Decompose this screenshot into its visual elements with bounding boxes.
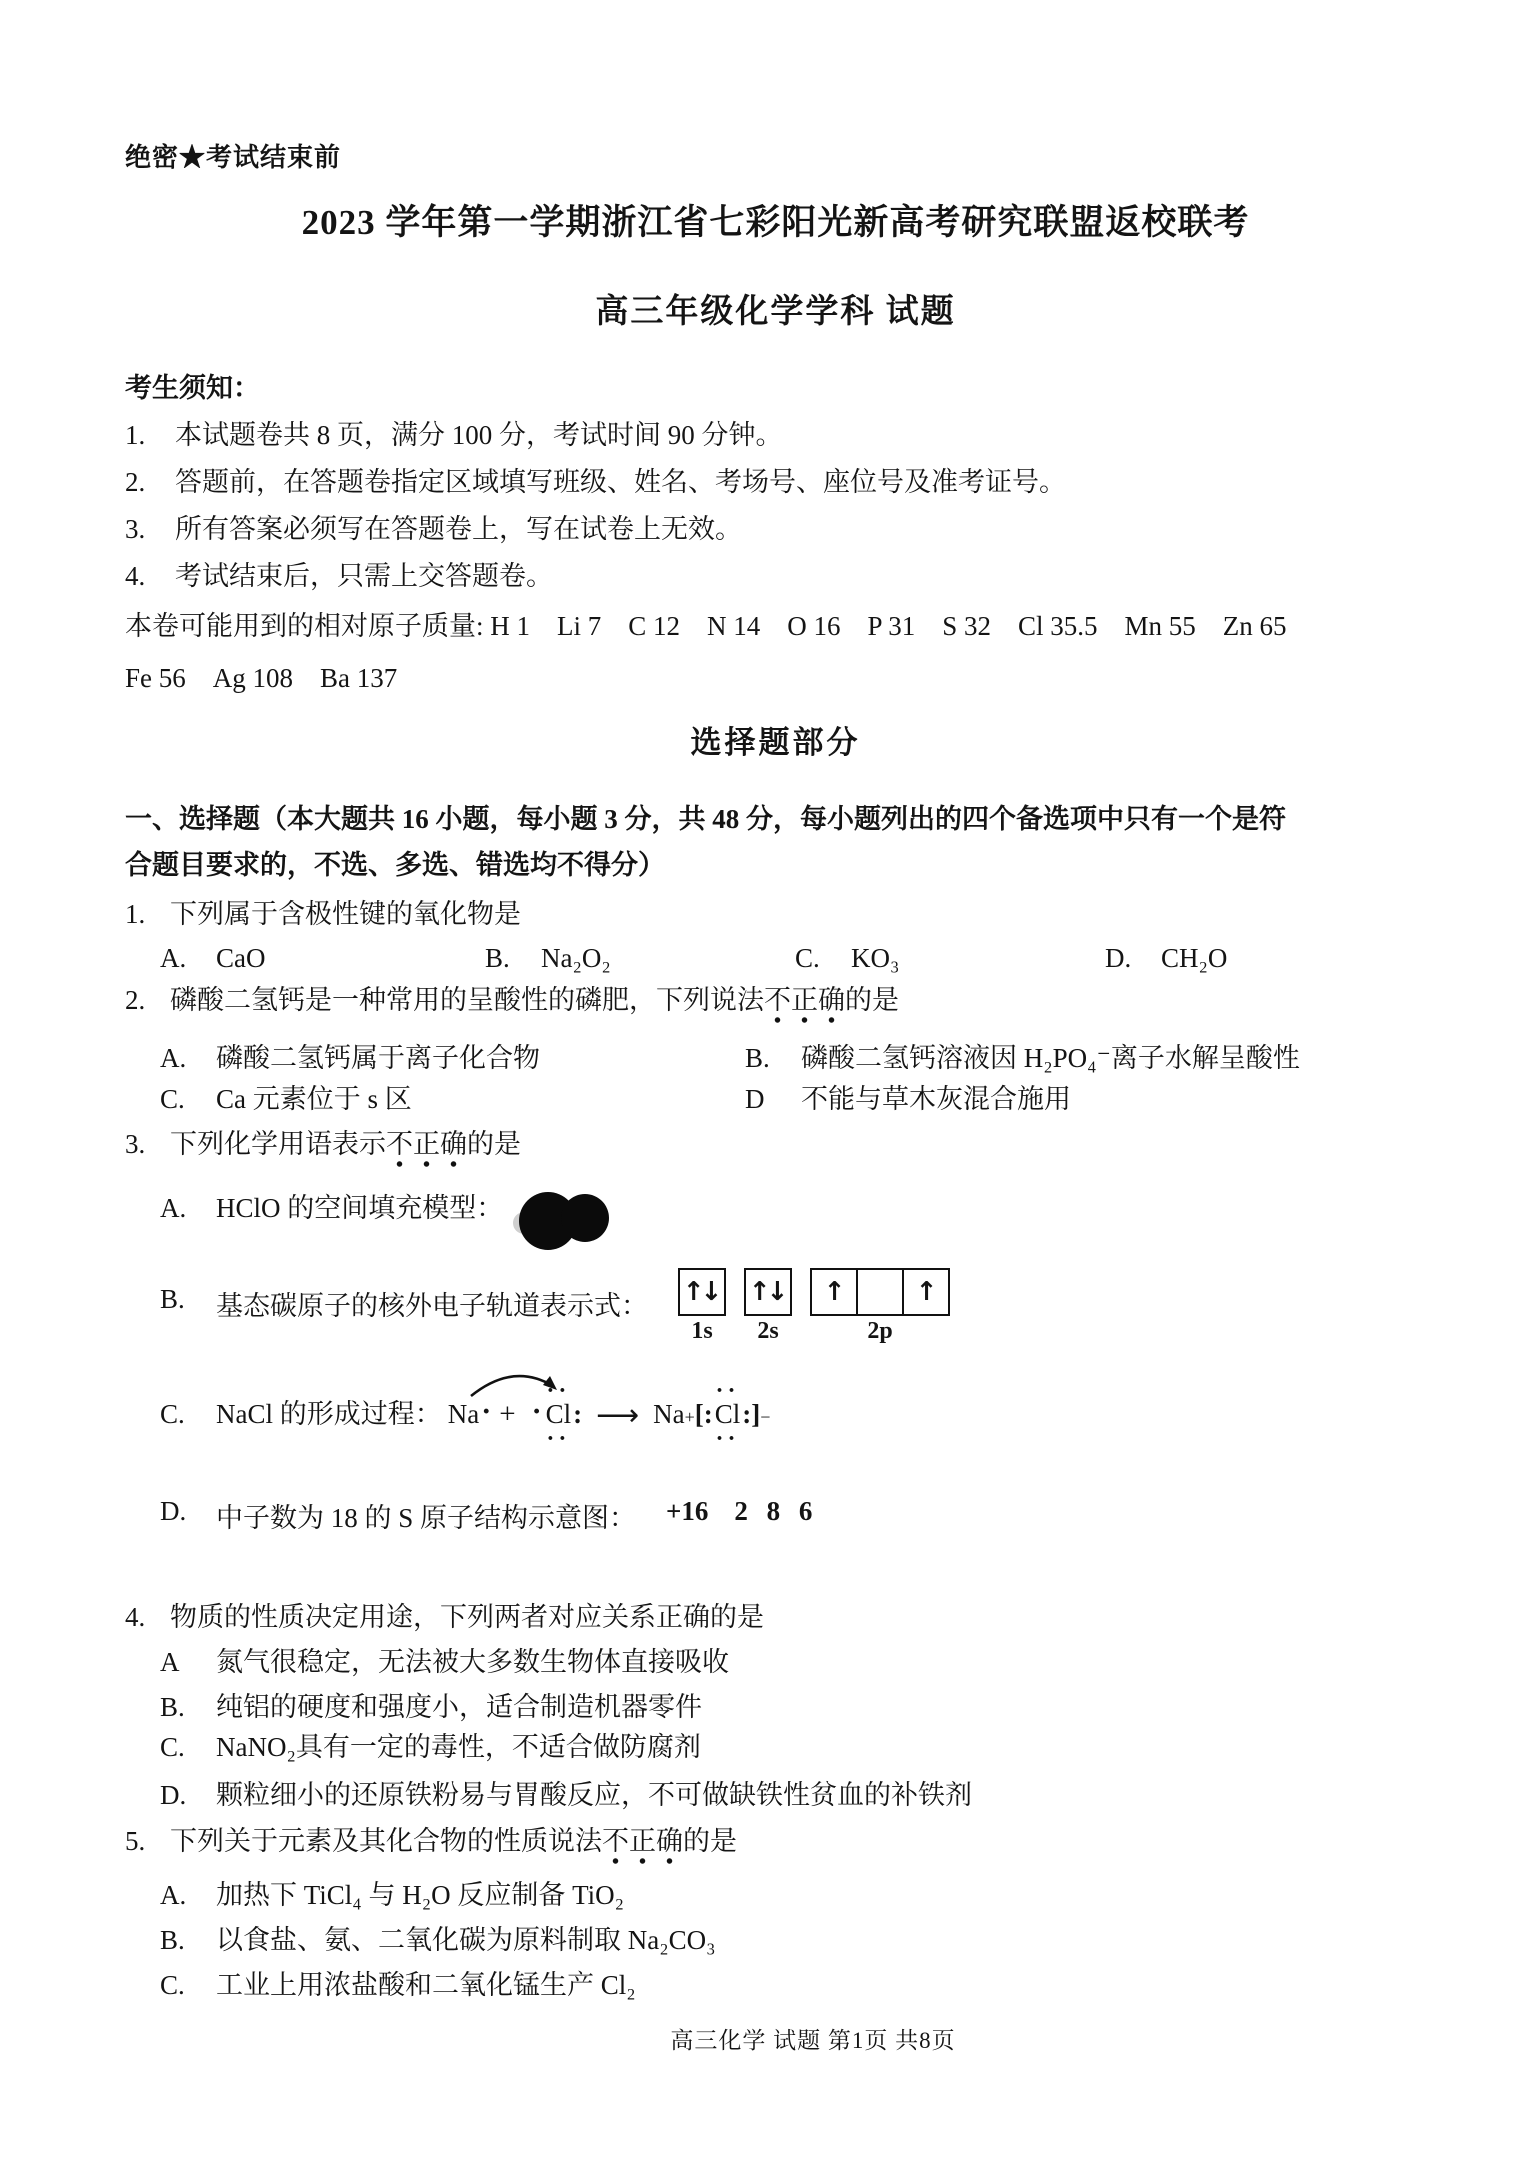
oxygen-sphere bbox=[561, 1194, 609, 1242]
electron-dot: · bbox=[479, 1392, 493, 1432]
question-text-emphasis: 不正确 bbox=[764, 985, 845, 1025]
notice-item-text: 所有答案必须写在答题卷上，写在试卷上无效。 bbox=[175, 511, 742, 547]
part-heading: 选择题部分 bbox=[125, 722, 1426, 764]
option-text: Na₂O₂ bbox=[541, 940, 611, 976]
question-number: 3. bbox=[125, 1126, 170, 1162]
option-c: C. Ca 元素位于 s 区 bbox=[160, 1081, 745, 1117]
orbital-label-2p: 2p bbox=[867, 1318, 892, 1344]
option-a: A. 加热下 TiCl₄ 与 H₂O 反应制备 TiO₂ bbox=[160, 1877, 624, 1913]
lone-pair-dots-bottom: ·· bbox=[546, 1434, 570, 1444]
question-3-option-a: A. HClO 的空间填充模型： bbox=[125, 1190, 1426, 1252]
option-text: 氮气很稳定，无法被大多数生物体直接吸收 bbox=[216, 1644, 729, 1680]
plus-sign: + bbox=[499, 1394, 515, 1434]
orbital-box-2s: ↑↓ bbox=[744, 1268, 792, 1316]
question-4-option-d: D. 颗粒细小的还原铁粉易与胃酸反应，不可做缺铁性贫血的补铁剂 bbox=[125, 1777, 1426, 1813]
question-text: 下列化学用语表示不正确的是 bbox=[170, 1126, 521, 1162]
option-letter: C. bbox=[160, 1081, 216, 1117]
option-letter: B. bbox=[160, 1689, 216, 1725]
bracket-close: :] bbox=[742, 1394, 760, 1434]
option-b: B. 磷酸二氢钙溶液因 H₂PO₄⁻离子水解呈酸性 bbox=[745, 1040, 1300, 1076]
lone-pair-dots-top: ·· bbox=[716, 1386, 740, 1396]
option-letter: D bbox=[745, 1081, 801, 1117]
question-text-pre: 下列关于元素及其化合物的性质说法 bbox=[170, 1826, 602, 1856]
question-2-options-row-2: C. Ca 元素位于 s 区 D 不能与草木灰混合施用 bbox=[125, 1081, 1426, 1117]
option-b: B. Na₂O₂ bbox=[485, 940, 795, 976]
option-d: D. 中子数为 18 的 S 原子结构示意图： bbox=[160, 1496, 636, 1535]
question-text: 下列关于元素及其化合物的性质说法不正确的是 bbox=[170, 1823, 737, 1859]
question-5-option-c: C. 工业上用浓盐酸和二氧化锰生产 Cl₂ bbox=[125, 1967, 1426, 2003]
notice-item-text: 考试结束后，只需上交答题卷。 bbox=[175, 558, 553, 594]
option-text: KO₃ bbox=[851, 940, 899, 976]
question-3-option-c: C. NaCl 的形成过程： Na· + ···Cl··: ⟶ Na+[:··C… bbox=[125, 1394, 1426, 1434]
option-letter: A. bbox=[160, 940, 216, 976]
question-1: 1. 下列属于含极性键的氧化物是 bbox=[125, 896, 1426, 932]
notice-item-text: 答题前，在答题卷指定区域填写班级、姓名、考场号、座位号及准考证号。 bbox=[175, 464, 1066, 500]
question-4-option-c: C. NaNO₂具有一定的毒性，不适合做防腐剂 bbox=[125, 1729, 1426, 1765]
option-letter: B. bbox=[745, 1040, 801, 1076]
question-3-option-b: B. 基态碳原子的核外电子轨道表示式： ↑↓ 1s ↑↓ 2s bbox=[125, 1268, 1426, 1344]
option-text: HClO 的空间填充模型： bbox=[216, 1190, 503, 1252]
orbital-cells-1s: ↑↓ bbox=[678, 1268, 726, 1316]
notice-item-1: 1. 本试题卷共 8 页，满分 100 分，考试时间 90 分钟。 bbox=[125, 417, 1426, 453]
question-4: 4. 物质的性质决定用途，下列两者对应关系正确的是 bbox=[125, 1599, 1426, 1635]
option-text: 中子数为 18 的 S 原子结构示意图： bbox=[216, 1496, 636, 1535]
option-text: Ca 元素位于 s 区 bbox=[216, 1081, 412, 1117]
option-letter: C. bbox=[160, 1729, 216, 1765]
option-d: D. 颗粒细小的还原铁粉易与胃酸反应，不可做缺铁性贫血的补铁剂 bbox=[160, 1777, 972, 1813]
notice-item-number: 2. bbox=[125, 464, 175, 500]
question-number: 1. bbox=[125, 896, 170, 932]
nacl-formation-formula: Na· + ···Cl··: ⟶ Na+[:··Cl··:]− bbox=[448, 1394, 771, 1434]
option-letter: A. bbox=[160, 1190, 216, 1252]
question-text-post: 的是 bbox=[467, 1129, 521, 1159]
orbital-diagram: ↑↓ 1s ↑↓ 2s ↑ ↑ 2p bbox=[678, 1268, 968, 1344]
question-3: 3. 下列化学用语表示不正确的是 bbox=[125, 1126, 1426, 1162]
question-5-option-b: B. 以食盐、氨、二氧化碳为原料制取 Na₂CO₃ bbox=[125, 1922, 1426, 1958]
orbital-box-2p-3: ↑ bbox=[904, 1268, 950, 1316]
bracket-open: [: bbox=[695, 1394, 713, 1434]
option-text: NaCl 的形成过程： bbox=[216, 1394, 442, 1434]
question-2: 2. 磷酸二氢钙是一种常用的呈酸性的磷肥，下列说法不正确的是 bbox=[125, 982, 1426, 1018]
orbital-group-1s: ↑↓ 1s bbox=[678, 1268, 726, 1344]
question-3-option-d: D. 中子数为 18 的 S 原子结构示意图： +16 2 8 6 bbox=[125, 1496, 1426, 1535]
subject-title: 高三年级化学学科 试题 bbox=[125, 290, 1426, 334]
question-number: 2. bbox=[125, 982, 170, 1018]
notice-heading: 考生须知： bbox=[125, 370, 1426, 406]
lone-pair-dots-top: ·· bbox=[546, 1386, 570, 1396]
question-number: 4. bbox=[125, 1599, 170, 1635]
option-letter: D. bbox=[1105, 940, 1161, 976]
question-text-pre: 下列化学用语表示 bbox=[170, 1129, 386, 1159]
atomic-masses-line-2: Fe 56 Ag 108 Ba 137 bbox=[125, 660, 1426, 696]
notice-item-2: 2. 答题前，在答题卷指定区域填写班级、姓名、考场号、座位号及准考证号。 bbox=[125, 464, 1426, 500]
option-a: A. HClO 的空间填充模型： bbox=[160, 1190, 503, 1252]
option-text: 工业上用浓盐酸和二氧化锰生产 Cl₂ bbox=[216, 1967, 636, 2003]
option-b: B. 以食盐、氨、二氧化碳为原料制取 Na₂CO₃ bbox=[160, 1922, 716, 1958]
option-letter: B. bbox=[160, 1284, 216, 1323]
option-text: 加热下 TiCl₄ 与 H₂O 反应制备 TiO₂ bbox=[216, 1877, 624, 1913]
orbital-cells-2p: ↑ ↑ bbox=[810, 1268, 950, 1316]
question-text-emphasis: 不正确 bbox=[386, 1129, 467, 1169]
exam-title: 2023 学年第一学期浙江省七彩阳光新高考研究联盟返校联考 bbox=[125, 200, 1426, 246]
notice-item-4: 4. 考试结束后，只需上交答题卷。 bbox=[125, 558, 1426, 594]
option-letter: A bbox=[160, 1644, 216, 1680]
option-letter: A. bbox=[160, 1877, 216, 1913]
option-text: 纯铝的硬度和强度小，适合制造机器零件 bbox=[216, 1689, 702, 1725]
option-text: 基态碳原子的核外电子轨道表示式： bbox=[216, 1284, 648, 1323]
option-text: 不能与草木灰混合施用 bbox=[801, 1081, 1071, 1117]
notice-item-3: 3. 所有答案必须写在答题卷上，写在试卷上无效。 bbox=[125, 511, 1426, 547]
question-text: 下列属于含极性键的氧化物是 bbox=[170, 896, 521, 932]
lone-pair-dots-bottom: ·· bbox=[716, 1434, 740, 1444]
option-a: A. CaO bbox=[160, 940, 485, 976]
question-text-post: 的是 bbox=[683, 1826, 737, 1856]
orbital-group-2p: ↑ ↑ 2p bbox=[810, 1268, 950, 1344]
question-text-emphasis: 不正确 bbox=[602, 1826, 683, 1866]
question-5: 5. 下列关于元素及其化合物的性质说法不正确的是 bbox=[125, 1823, 1426, 1859]
section-intro-line-2: 合题目要求的，不选、多选、错选均不得分） bbox=[125, 842, 1426, 888]
question-5-option-a: A. 加热下 TiCl₄ 与 H₂O 反应制备 TiO₂ bbox=[125, 1877, 1426, 1913]
sodium-ion: Na bbox=[653, 1394, 684, 1434]
orbital-label-2s: 2s bbox=[757, 1318, 778, 1344]
page-content: 绝密★考试结束前 2023 学年第一学期浙江省七彩阳光新高考研究联盟返校联考 高… bbox=[125, 140, 1426, 2003]
option-text: 颗粒细小的还原铁粉易与胃酸反应，不可做缺铁性贫血的补铁剂 bbox=[216, 1777, 972, 1813]
electron-dot: · bbox=[530, 1392, 544, 1432]
option-letter: C. bbox=[160, 1394, 216, 1434]
option-b: B. 基态碳原子的核外电子轨道表示式： bbox=[160, 1268, 648, 1323]
classification-label: 绝密★考试结束前 bbox=[125, 140, 1426, 176]
notice-item-text: 本试题卷共 8 页，满分 100 分，考试时间 90 分钟。 bbox=[175, 417, 783, 453]
option-letter: A. bbox=[160, 1040, 216, 1076]
exam-paper-page: 绝密★考试结束前 2023 学年第一学期浙江省七彩阳光新高考研究联盟返校联考 高… bbox=[0, 0, 1536, 2173]
option-text: 磷酸二氢钙属于离子化合物 bbox=[216, 1040, 540, 1076]
option-letter: B. bbox=[160, 1922, 216, 1958]
option-text: 以食盐、氨、二氧化碳为原料制取 Na₂CO₃ bbox=[216, 1922, 716, 1958]
notice-item-number: 4. bbox=[125, 558, 175, 594]
page-footer: 高三化学 试题 第1页 共8页 bbox=[0, 2022, 1536, 2055]
question-text-pre: 磷酸二氢钙是一种常用的呈酸性的磷肥，下列说法 bbox=[170, 985, 764, 1015]
reaction-arrow: ⟶ bbox=[596, 1396, 639, 1436]
option-text: NaNO₂具有一定的毒性，不适合做防腐剂 bbox=[216, 1729, 701, 1765]
option-d: D. CH₂O bbox=[1105, 940, 1227, 976]
electron-shells: 2 8 6 bbox=[734, 1496, 812, 1527]
hclo-space-filling-model bbox=[513, 1190, 609, 1252]
sodium-atom: Na bbox=[448, 1394, 479, 1434]
option-c: C. NaCl 的形成过程： bbox=[160, 1394, 442, 1434]
option-text: 磷酸二氢钙溶液因 H₂PO₄⁻离子水解呈酸性 bbox=[801, 1040, 1300, 1076]
option-d: D 不能与草木灰混合施用 bbox=[745, 1081, 1071, 1117]
option-c: C. NaNO₂具有一定的毒性，不适合做防腐剂 bbox=[160, 1729, 701, 1765]
option-letter: D. bbox=[160, 1777, 216, 1813]
question-text-post: 的是 bbox=[845, 985, 899, 1015]
orbital-box-1s: ↑↓ bbox=[678, 1268, 726, 1316]
question-1-options: A. CaO B. Na₂O₂ C. KO₃ D. CH₂O bbox=[125, 940, 1426, 976]
option-a: A. 磷酸二氢钙属于离子化合物 bbox=[160, 1040, 745, 1076]
question-number: 5. bbox=[125, 1823, 170, 1859]
orbital-box-2p-2 bbox=[858, 1268, 904, 1316]
plus-glyph: + bbox=[499, 1398, 515, 1430]
question-4-option-b: B. 纯铝的硬度和强度小，适合制造机器零件 bbox=[125, 1689, 1426, 1725]
option-letter: C. bbox=[160, 1967, 216, 2003]
section-intro-line-1: 一、选择题（本大题共 16 小题，每小题 3 分，共 48 分，每小题列出的四个… bbox=[125, 796, 1426, 842]
chloride-lewis: ··Cl·· bbox=[713, 1394, 743, 1434]
question-2-options-row-1: A. 磷酸二氢钙属于离子化合物 B. 磷酸二氢钙溶液因 H₂PO₄⁻离子水解呈酸… bbox=[125, 1040, 1426, 1076]
option-c: C. 工业上用浓盐酸和二氧化锰生产 Cl₂ bbox=[160, 1967, 636, 2003]
orbital-label-1s: 1s bbox=[691, 1318, 712, 1344]
notice-item-number: 3. bbox=[125, 511, 175, 547]
section-intro: 一、选择题（本大题共 16 小题，每小题 3 分，共 48 分，每小题列出的四个… bbox=[125, 796, 1426, 888]
chlorine-lewis: ··Cl·· bbox=[544, 1394, 574, 1434]
option-c: C. KO₃ bbox=[795, 940, 1105, 976]
option-b: B. 纯铝的硬度和强度小，适合制造机器零件 bbox=[160, 1689, 702, 1725]
atomic-masses-line-1: 本卷可能用到的相对原子质量: H 1 Li 7 C 12 N 14 O 16 P… bbox=[125, 608, 1426, 644]
question-text: 物质的性质决定用途，下列两者对应关系正确的是 bbox=[170, 1599, 764, 1635]
question-4-option-a: A 氮气很稳定，无法被大多数生物体直接吸收 bbox=[125, 1644, 1426, 1680]
notice-item-number: 1. bbox=[125, 417, 175, 453]
option-letter: D. bbox=[160, 1496, 216, 1535]
atom-nucleus-charge: +16 bbox=[666, 1496, 708, 1527]
option-text: CH₂O bbox=[1161, 940, 1227, 976]
orbital-group-2s: ↑↓ 2s bbox=[744, 1268, 792, 1344]
option-letter: B. bbox=[485, 940, 541, 976]
orbital-box-2p-1: ↑ bbox=[810, 1268, 858, 1316]
lone-pair-colon: : bbox=[573, 1394, 582, 1434]
question-text: 磷酸二氢钙是一种常用的呈酸性的磷肥，下列说法不正确的是 bbox=[170, 982, 899, 1018]
option-a: A 氮气很稳定，无法被大多数生物体直接吸收 bbox=[160, 1644, 729, 1680]
orbital-cells-2s: ↑↓ bbox=[744, 1268, 792, 1316]
option-text: CaO bbox=[216, 940, 266, 976]
option-letter: C. bbox=[795, 940, 851, 976]
